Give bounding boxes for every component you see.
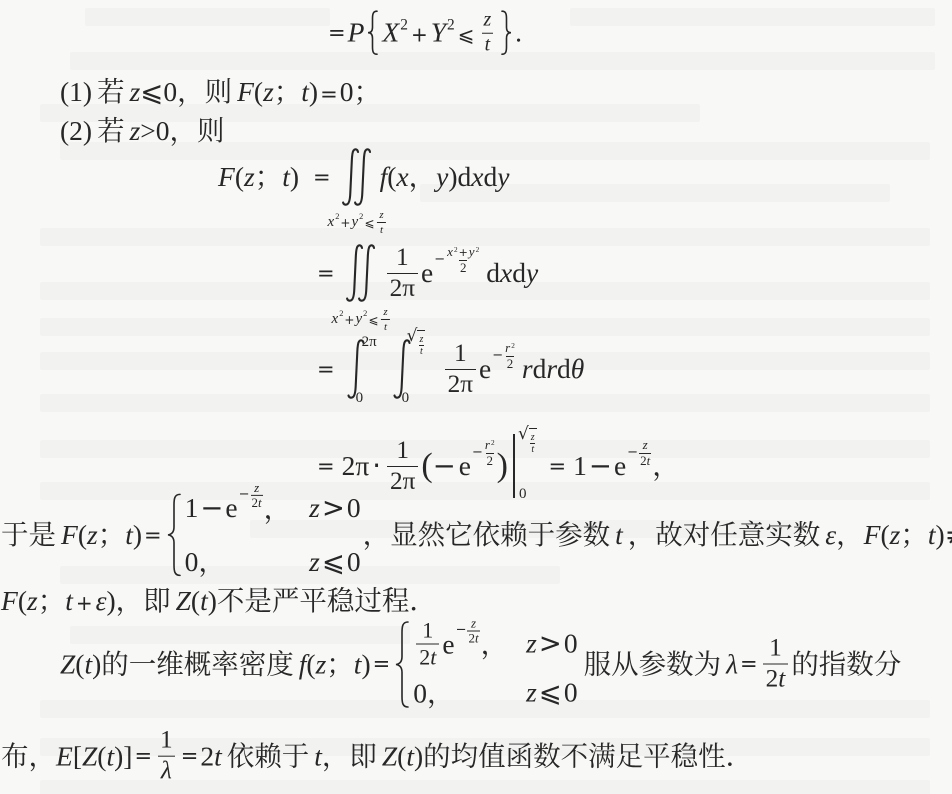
semicolon: ； [900, 519, 928, 551]
text-prefix: 于是 [1, 519, 56, 551]
exponential: 1−e − z2t [185, 492, 264, 525]
exponent: 2 [476, 246, 480, 254]
fraction: z2t [251, 480, 263, 510]
equals-sign: = [740, 652, 758, 676]
denominator: t [530, 443, 535, 455]
equals-sign: = [320, 82, 338, 106]
semicolon: ； [326, 648, 354, 680]
exponent: 2 [400, 17, 408, 35]
right-paren: ) [106, 585, 115, 617]
fraction-one-over-lambda: 1λ [157, 727, 176, 786]
double-integral: x2+y2⩽zt [342, 147, 374, 207]
variable-t: t [282, 161, 290, 193]
semicolon: ； [98, 519, 126, 551]
variable-y: y [355, 312, 362, 327]
statement-text: F ( z ； t + ε ) ，即 Z ( t ) 不是严平稳过程． [1, 585, 437, 617]
differential-d: d [557, 353, 571, 385]
left-bracket: [ [73, 740, 82, 772]
variable-t: t [475, 632, 479, 646]
text: 不是严平稳过程． [217, 585, 437, 617]
variable-z: z [309, 492, 320, 524]
variable-y: y [497, 161, 509, 193]
variable-t: t [778, 666, 785, 694]
right-paren: ) [448, 161, 457, 193]
denominator: 2π [445, 369, 476, 399]
text-ruo: 若 [97, 76, 125, 108]
function-f: f [380, 161, 388, 193]
text: ，显然它依赖于参数 [363, 519, 611, 551]
exponent: − z2t [239, 480, 264, 510]
density-intro: Z ( t ) 的一维概率密度 f ( z ； t ) [60, 648, 371, 680]
numerator: 1 [451, 340, 470, 369]
integral-theta: 2π 0 [346, 338, 366, 400]
fraction-one-over-two-pi: 12π [387, 437, 418, 496]
text: 服从参数为 [584, 648, 722, 680]
case-label: (1) [60, 76, 92, 108]
greater-than-sign: > [322, 493, 345, 525]
square-root: √zt [407, 328, 426, 357]
left-paren: ( [397, 740, 406, 772]
case-1-line: (1) 若 z ⩽0， 则 F ( z ； t ) = 0； [60, 76, 381, 108]
variable-z: z [309, 546, 320, 578]
case-condition: z>0 [526, 628, 578, 661]
zero: 0 [564, 628, 578, 660]
text: ，故对任意实数 [628, 519, 821, 551]
exponent: 2 [447, 17, 455, 35]
one-minus-e: 1−e [185, 492, 238, 525]
minus-sign: − [434, 253, 445, 268]
cases-rows: 1−e − z2t ， z>0 0， z⩽0 [185, 492, 361, 578]
numerator: 1 [393, 437, 412, 466]
left-paren: ( [191, 585, 200, 617]
plus-sign: + [340, 217, 350, 229]
exponent: 2 [359, 213, 363, 221]
not-strict-stationary-line: F ( z ； t + ε ) ，即 Z ( t ) 不是严平稳过程． [1, 585, 437, 617]
variable-z: z [890, 519, 901, 551]
function-f: f [299, 648, 307, 680]
denominator: 2 [459, 260, 468, 275]
right-paren: ) [361, 648, 370, 680]
variable-epsilon: ε [96, 585, 107, 617]
minus-sign: − [200, 493, 223, 525]
variable-y: y [469, 245, 475, 259]
differential-d: d [486, 257, 500, 289]
left-paren: ( [421, 449, 432, 483]
piecewise-cases: 1−e − z2t ， z>0 0， z⩽0 [166, 492, 361, 578]
function-F: F [864, 519, 881, 551]
variable-r: r [505, 341, 510, 355]
multiply-dot: · [372, 451, 381, 483]
negative-e: −e [433, 450, 471, 483]
cdf-conclusion-text: ，显然它依赖于参数 t ，故对任意实数 ε ， F ( z ； t ) ≠ [363, 519, 952, 552]
expectation-lhs: 布， E [ Z ( t ) ] [1, 740, 132, 772]
numerator: z [376, 209, 386, 222]
expectation-E: E [56, 740, 73, 772]
one: 1 [573, 450, 587, 482]
right-paren: ) [309, 76, 318, 108]
double-integral-line-1: = x2+y2⩽zt f ( x ， y ) d x d y [306, 147, 509, 207]
leq-sign: ⩽ [539, 678, 562, 710]
integrand: f ( x ， y ) d x d y [380, 161, 510, 193]
square-root: √zt [518, 426, 537, 455]
integration-region: x2+y2⩽zt [332, 306, 392, 333]
variable-x: x [396, 161, 408, 193]
variable-z: z [263, 76, 274, 108]
right-paren: ) [414, 740, 423, 772]
zero: 0 [347, 546, 361, 578]
fraction: zt [530, 432, 536, 455]
exponent: − z2t [627, 438, 652, 468]
set-condition: X 2 + Y 2 ⩽ [382, 17, 477, 49]
exponent: 2 [491, 439, 495, 447]
right-paren: ) [208, 585, 217, 617]
document-page: = P X 2 + Y 2 ⩽ zt . (1) 若 z ⩽0， 则 F ( z… [0, 0, 952, 794]
exponential: e − x2+y2 2 [421, 257, 481, 289]
case-1-text: (1) 若 z ⩽0， 则 F ( z ； t ) = 0； [60, 76, 381, 108]
upper-limit: 2π [362, 335, 377, 350]
result-expression: 1−e − z2t [573, 450, 652, 483]
numerator: x2+y2 [446, 245, 480, 259]
exponent: − z2t [456, 616, 481, 646]
equals-sign: = [317, 261, 335, 285]
denominator: 2t [763, 664, 789, 694]
variable-x: x [332, 312, 339, 327]
piecewise-cdf-line: 于是 F ( z ； t ) = 1−e − z2t ， [1, 492, 952, 578]
numerator: z [418, 334, 424, 345]
equals-sign: = [549, 454, 567, 478]
polar-integral-line: = 2π 0 √zt 0 12π e − r2 2 r d [310, 338, 584, 400]
case-value: 1−e − z2t ， [185, 492, 292, 525]
fraction: 12t [416, 619, 439, 670]
fraction: zt [418, 334, 424, 357]
integral-path [347, 245, 362, 300]
cases-brace-icon [166, 493, 182, 577]
denominator: 2t [416, 644, 439, 670]
left-paren: ( [78, 519, 87, 551]
cdf-lhs: F ( z ； t ) [218, 161, 299, 193]
text: 的指数分 [791, 648, 901, 680]
left-brace-icon [366, 10, 379, 56]
equals-sign: = [317, 357, 335, 381]
plus-sign: + [411, 24, 428, 47]
probability-equation: = P X 2 + Y 2 ⩽ zt . [326, 10, 522, 57]
left-paren: ( [306, 648, 315, 680]
variable-z: z [130, 76, 141, 108]
integral-path [355, 149, 370, 204]
variable-t: t [258, 496, 262, 510]
numerator: z [480, 10, 494, 33]
denominator: t [377, 222, 386, 236]
radicand: zt [417, 330, 425, 357]
denominator: 2π [387, 273, 418, 303]
text: 的一维概率密度 [101, 648, 294, 680]
euler-e: e [479, 353, 491, 385]
integration-region: x2+y2⩽zt [328, 209, 388, 236]
variable-t: t [125, 519, 133, 551]
right-paren: ) [935, 519, 944, 551]
zero: 0 [347, 492, 361, 524]
variable-x: x [447, 245, 453, 259]
variable-z: z [526, 628, 537, 660]
denominator: 2 [506, 356, 515, 371]
lower-limit: 0 [402, 391, 410, 406]
process-Z: Z [82, 740, 97, 772]
comma: ， [652, 450, 680, 482]
exponent: − r2 2 [472, 438, 497, 468]
fraction: x2+y2 2 [446, 245, 480, 275]
leq-sign: ⩽ [458, 24, 475, 47]
right-paren: ) [133, 519, 142, 551]
right-paren: ) [114, 740, 123, 772]
evaluation-bar: √zt 0 [513, 434, 515, 498]
euler-e: e [459, 450, 471, 482]
equals-sign: = [181, 744, 199, 768]
expectation-line: 布， E [ Z ( t ) ] = 1λ = 2 t 依赖于 t ，即 Z (… [1, 727, 753, 786]
semicolon: ； [255, 161, 283, 193]
two: 2 [419, 646, 430, 670]
upper-limit: √zt [407, 328, 426, 357]
variable-t: t [200, 585, 208, 617]
integral-path [343, 149, 358, 204]
variable-t: t [647, 454, 651, 468]
numerator: z [642, 438, 649, 452]
exponent: − r2 2 [492, 341, 517, 371]
differential-d: d [458, 161, 472, 193]
variable-t: t [928, 519, 936, 551]
case-value: 0， [185, 546, 292, 578]
case-value: 0， [413, 677, 508, 709]
variable-t: t [84, 648, 92, 680]
numerator: z [530, 432, 536, 443]
expectation-conclusion-text: 2 t 依赖于 t ，即 Z ( t ) 的均值函数不满足平稳性． [200, 740, 753, 772]
exponential: −e − r2 2 [433, 450, 497, 483]
integral-path [359, 245, 374, 300]
comma: ， [409, 161, 437, 193]
process-Z: Z [60, 648, 75, 680]
minus-sign: − [492, 349, 503, 364]
variable-t: t [430, 646, 436, 670]
euler-e: e [421, 257, 433, 289]
euler-e: e [442, 628, 454, 660]
fraction: zt [380, 306, 390, 333]
variable-z: z [27, 585, 38, 617]
text: 依赖于 [227, 740, 310, 772]
integral-r: √zt 0 [392, 338, 412, 400]
probability-symbol: P [348, 17, 365, 49]
numerator: 1 [393, 244, 412, 273]
fraction: z2t [639, 438, 651, 468]
denominator: 2 [486, 453, 495, 468]
left-paren: ( [75, 648, 84, 680]
zero-value: 0， [185, 546, 226, 578]
fraction-one-over-two-t: 12t [763, 635, 789, 694]
cdf-intro: 于是 F ( z ； t ) [1, 519, 142, 551]
function-F: F [1, 585, 18, 617]
brace-path [168, 495, 180, 576]
numerator: 1 [419, 619, 436, 644]
exponent: 2 [335, 213, 339, 221]
function-F: F [218, 161, 235, 193]
variable-x: x [500, 257, 512, 289]
leq-sign: ⩽ [368, 314, 378, 326]
exponent: 2 [339, 310, 343, 318]
minus-sign: − [239, 488, 250, 503]
variable-z: z [526, 677, 537, 709]
upper-limit: √zt [518, 426, 537, 455]
minus-sign: − [589, 451, 612, 483]
case-2-line: (2) 若 z >0， 则 [60, 115, 225, 147]
equals-sign: = [134, 744, 152, 768]
double-integral-icon [346, 242, 378, 304]
radical-sign-icon: √ [518, 426, 529, 443]
coefficient: 2π · [342, 450, 384, 483]
exponent: 2 [363, 310, 367, 318]
bleed-line [40, 318, 930, 336]
density-line: Z ( t ) 的一维概率密度 f ( z ； t ) = 12t e − [60, 619, 901, 710]
numerator: z [470, 616, 477, 630]
variable-z: z [316, 648, 327, 680]
plus-sign: + [76, 592, 93, 615]
variable-theta: θ [571, 353, 585, 385]
variable-t: t [615, 519, 623, 551]
minus-sign: − [456, 624, 467, 639]
double-integral-icon [342, 147, 374, 207]
double-integral: x2+y2⩽zt [346, 242, 378, 304]
one-minus-e: 1−e [573, 450, 626, 483]
case-2-text: (2) 若 z >0， 则 [60, 115, 225, 147]
fraction-one-over-two-pi: 12π [387, 244, 418, 303]
one: 1 [185, 492, 199, 524]
fraction: zt [376, 209, 386, 236]
denominator: 2t [467, 631, 479, 646]
variable-epsilon: ε [825, 519, 836, 551]
fraction: z2t [467, 616, 479, 646]
left-paren: ( [18, 585, 27, 617]
text-ze: 则 [205, 76, 233, 108]
numerator: 1 [766, 635, 785, 664]
not-equal-sign: ≠ [945, 520, 952, 552]
variable-t: t [65, 585, 73, 617]
denominator: λ [158, 756, 175, 786]
numerator: r2 [504, 341, 516, 355]
numerator: 1 [157, 727, 176, 756]
cdf-label: F ( z ； t ) [218, 161, 299, 193]
exponential: e − z2t [442, 628, 480, 660]
equals-sign: = [317, 454, 335, 478]
function-F: F [61, 519, 78, 551]
minus-sign: − [627, 446, 638, 461]
zero-value: 0， [413, 677, 454, 709]
vertical-bar-icon [513, 434, 515, 498]
denominator: 2t [639, 453, 651, 468]
euler-e: e [225, 492, 237, 524]
process-Z: Z [176, 585, 191, 617]
variable-r: r [546, 353, 557, 385]
bleed-line [570, 8, 935, 26]
differential-d: d [533, 353, 547, 385]
rhs-text: 0； [340, 76, 381, 108]
minus-sign: − [433, 451, 456, 483]
two-pi: 2π [342, 450, 370, 482]
left-paren: ( [235, 161, 244, 193]
exponent: − x2+y2 2 [434, 245, 481, 275]
period: . [515, 17, 522, 49]
text: 的均值函数不满足平稳性． [423, 740, 753, 772]
numerator: r2 [484, 438, 496, 452]
right-paren: ) [497, 449, 508, 483]
minus-sign: − [472, 446, 483, 461]
brace-path [396, 622, 408, 707]
exponent: 2 [511, 342, 515, 350]
case-label: (2) [60, 115, 92, 147]
bleed-line [85, 8, 330, 26]
differential-d: d [512, 257, 526, 289]
differential-d: d [484, 161, 498, 193]
differentials: d x d y [486, 257, 538, 289]
equals-sign: = [328, 21, 346, 45]
semicolon: ； [38, 585, 66, 617]
case-condition: z⩽0 [526, 677, 578, 710]
equals-sign: = [373, 652, 391, 676]
double-integral-line-2: = x2+y2⩽zt 12π e − x2+y2 2 d x d y [310, 242, 538, 304]
case-value: 12t e − z2t ， [413, 619, 508, 670]
case-condition: z⩽0 [309, 546, 361, 579]
two: 2 [200, 740, 214, 772]
variable-r: r [485, 438, 490, 452]
leq-sign: ⩽ [364, 217, 374, 229]
plus-sign: + [459, 247, 468, 259]
variable-t: t [406, 740, 414, 772]
equals-sign: = [144, 523, 162, 547]
lower-limit: 0 [356, 391, 364, 406]
variable-z: z [130, 115, 141, 147]
evaluation-line: = 2π · 12π ( −e − r2 2 ) √zt 0 = [310, 434, 680, 498]
zero: 0 [564, 677, 578, 709]
cases-rows: 12t e − z2t ， z>0 0， z⩽0 [413, 619, 577, 710]
integrand-tail: r d r d θ [522, 353, 584, 385]
variable-y: y [436, 161, 448, 193]
denominator: t [482, 33, 494, 57]
variable-t: t [301, 76, 309, 108]
variable-z: z [244, 161, 255, 193]
piecewise-cases: 12t e − z2t ， z>0 0， z⩽0 [394, 619, 577, 710]
variable-t: t [354, 648, 362, 680]
variable-t: t [314, 740, 322, 772]
fraction-one-over-two-pi: 12π [445, 340, 476, 399]
exponent: 2 [454, 246, 458, 254]
variable-lambda: λ [726, 648, 738, 680]
right-bracket: ] [123, 740, 132, 772]
condition-text: ⩽0， [140, 76, 204, 108]
variable-Y: Y [431, 17, 446, 49]
text-run: 的指数分 [791, 648, 901, 680]
brace-path [368, 12, 377, 55]
left-paren: ( [97, 740, 106, 772]
plus-sign: + [344, 314, 354, 326]
comma: ， [264, 492, 292, 524]
cases-brace-icon [394, 620, 410, 708]
denominator: 2π [387, 466, 418, 496]
radicand: zt [529, 428, 537, 455]
fraction: zt [480, 10, 494, 57]
variable-x: x [471, 161, 483, 193]
comma: ， [481, 628, 509, 660]
equals-sign: = [313, 165, 331, 189]
condition-text: >0， [140, 115, 197, 147]
process-Z: Z [382, 740, 397, 772]
distribution-text: 服从参数为 λ [584, 648, 738, 680]
exponential: e − r2 2 [479, 353, 517, 385]
